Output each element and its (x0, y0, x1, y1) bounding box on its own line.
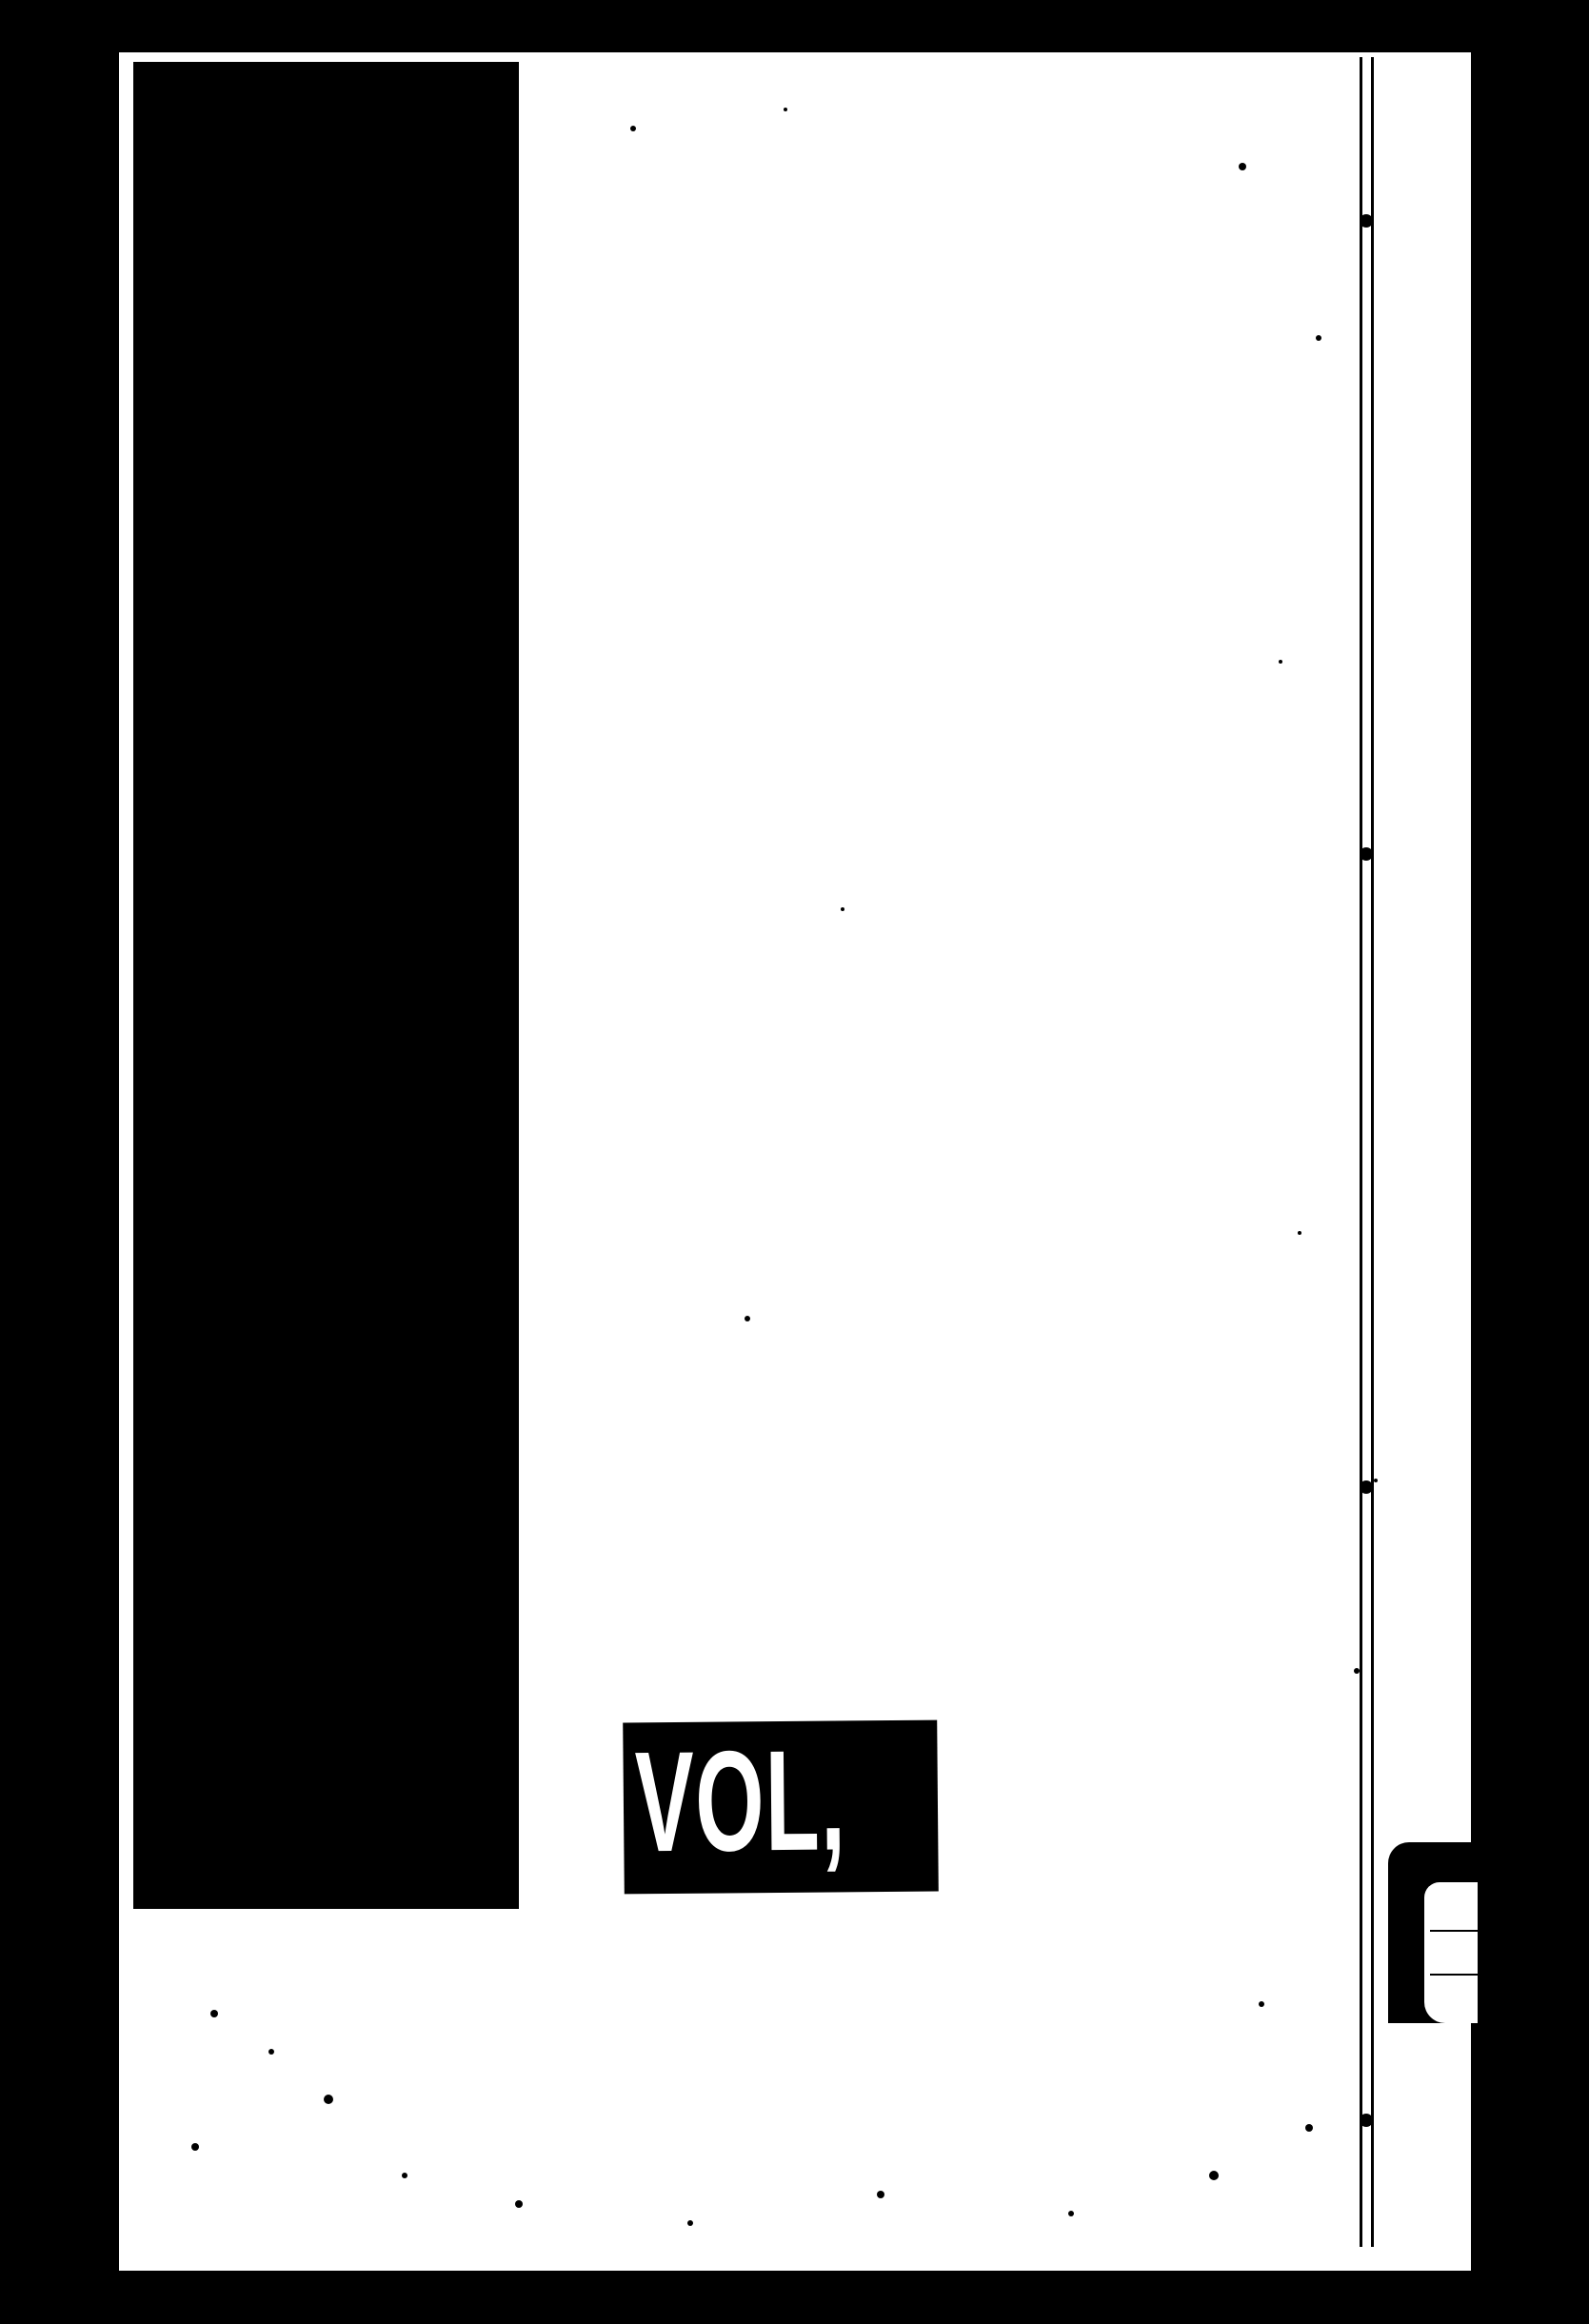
volume-label-text: VOL, 1 (634, 1728, 848, 2016)
volume-label: VOL, 1 (623, 1720, 939, 1895)
binding-line (1360, 57, 1362, 2247)
binding-stitch-dot (1360, 1480, 1373, 1494)
spine-tab-inner (1424, 1882, 1478, 2023)
binding-stitch-dot (1360, 2114, 1373, 2127)
dark-cloth-strip (133, 62, 519, 1909)
binding-stitch-dot (1360, 214, 1373, 228)
binding-line (1371, 57, 1374, 2247)
binding-stitch-dot (1360, 847, 1373, 861)
spine-tab (1388, 1842, 1493, 2023)
